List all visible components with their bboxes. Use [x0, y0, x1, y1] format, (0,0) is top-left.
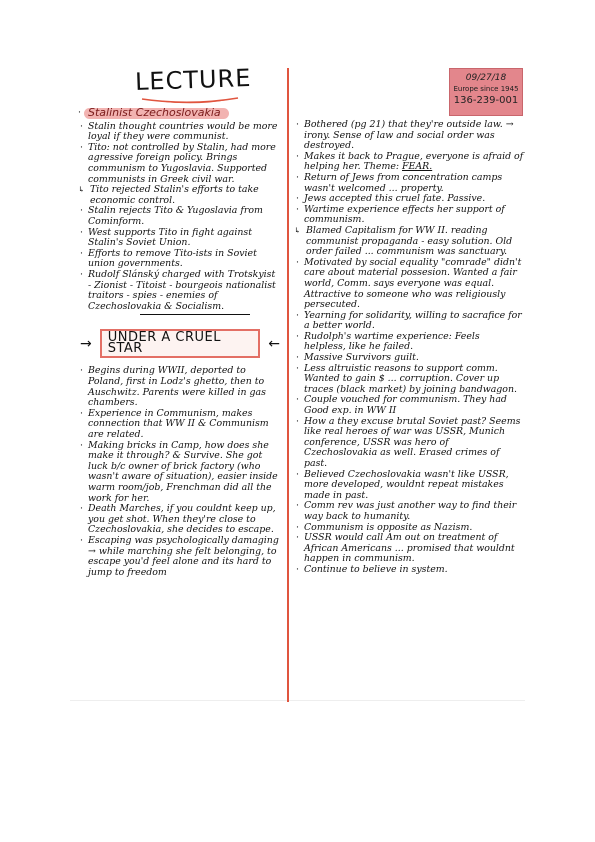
right-column: Bothered (pg 21) that they're outside la…	[296, 120, 524, 576]
emphasis-fear: FEAR.	[402, 161, 432, 172]
note-item: Bothered (pg 21) that they're outside la…	[296, 120, 524, 152]
note-item: How a they excuse brutal Soviet past? Se…	[296, 417, 524, 470]
note-item: Less altruistic reasons to support comm.…	[296, 364, 524, 396]
book-title-under-a-cruel-star: UNDER A CRUEL STAR	[100, 329, 261, 358]
book-section-header: → UNDER A CRUEL STAR ←	[80, 329, 280, 358]
note-item: Stalin rejects Tito & Yugoslavia from Co…	[80, 206, 280, 227]
note-item: Rudolf Slánský charged with Trotskyist -…	[80, 270, 280, 312]
course-name: Europe since 1945	[450, 84, 522, 94]
note-item: Tito: not controlled by Stalin, had more…	[80, 143, 280, 185]
note-item: Begins during WWII, deported to Poland, …	[80, 366, 280, 408]
note-item: USSR would call Am out on treatment of A…	[296, 533, 524, 565]
note-item: Motivated by social equality "comrade" d…	[296, 258, 524, 311]
left-column: · Stalinist Czechoslovakia Stalin though…	[80, 108, 280, 578]
underline-arrow	[140, 314, 250, 315]
note-item: Continue to believe in system.	[296, 565, 524, 576]
note-item: Return of Jews from concentration camps …	[296, 173, 524, 194]
note-item: Efforts to remove Tito-ists in Soviet un…	[80, 249, 280, 270]
note-subitem: Blamed Capitalism for WW II. reading com…	[296, 226, 524, 258]
note-item: West supports Tito in fight against Stal…	[80, 228, 280, 249]
arrow-left-icon: ←	[268, 339, 280, 350]
note-item: Experience in Communism, makes connectio…	[80, 409, 280, 441]
note-item: Making bricks in Camp, how does she make…	[80, 441, 280, 505]
note-item: Stalin thought countries would be more l…	[80, 122, 280, 143]
note-item: Wartime experience effects her support o…	[296, 205, 524, 226]
notes-list-right: Bothered (pg 21) that they're outside la…	[296, 120, 524, 576]
column-divider	[287, 68, 289, 702]
notes-list-stalinist: Stalin thought countries would be more l…	[80, 122, 280, 313]
note-item: Death Marches, if you couldnt keep up, y…	[80, 504, 280, 536]
note-item: Rudolph's wartime experience: Feels help…	[296, 332, 524, 353]
notes-list-book: Begins during WWII, deported to Poland, …	[80, 366, 280, 578]
section-title-stalinist-czechoslovakia: Stalinist Czechoslovakia	[84, 108, 229, 119]
note-item: Couple vouched for communism. They had G…	[296, 395, 524, 416]
bullet: ·	[78, 108, 81, 119]
course-header-box: 09/27/18 Europe since 1945 136-239-001	[449, 68, 523, 116]
note-item: Yearning for solidarity, willing to sacr…	[296, 311, 524, 332]
note-item-fear: Makes it back to Prague, everyone is afr…	[296, 152, 524, 173]
title-underline-swash	[140, 96, 240, 104]
note-item: Comm rev was just another way to find th…	[296, 501, 524, 522]
page-title: LECTURE	[135, 64, 252, 96]
course-code: 136-239-001	[450, 94, 522, 107]
note-item: Escaping was psychologically damaging → …	[80, 536, 280, 578]
arrow-right-icon: →	[80, 339, 92, 350]
note-subitem: Tito rejected Stalin's efforts to take e…	[80, 185, 280, 206]
note-item: Believed Czechoslovakia wasn't like USSR…	[296, 470, 524, 502]
lecture-date: 09/27/18	[450, 73, 522, 84]
